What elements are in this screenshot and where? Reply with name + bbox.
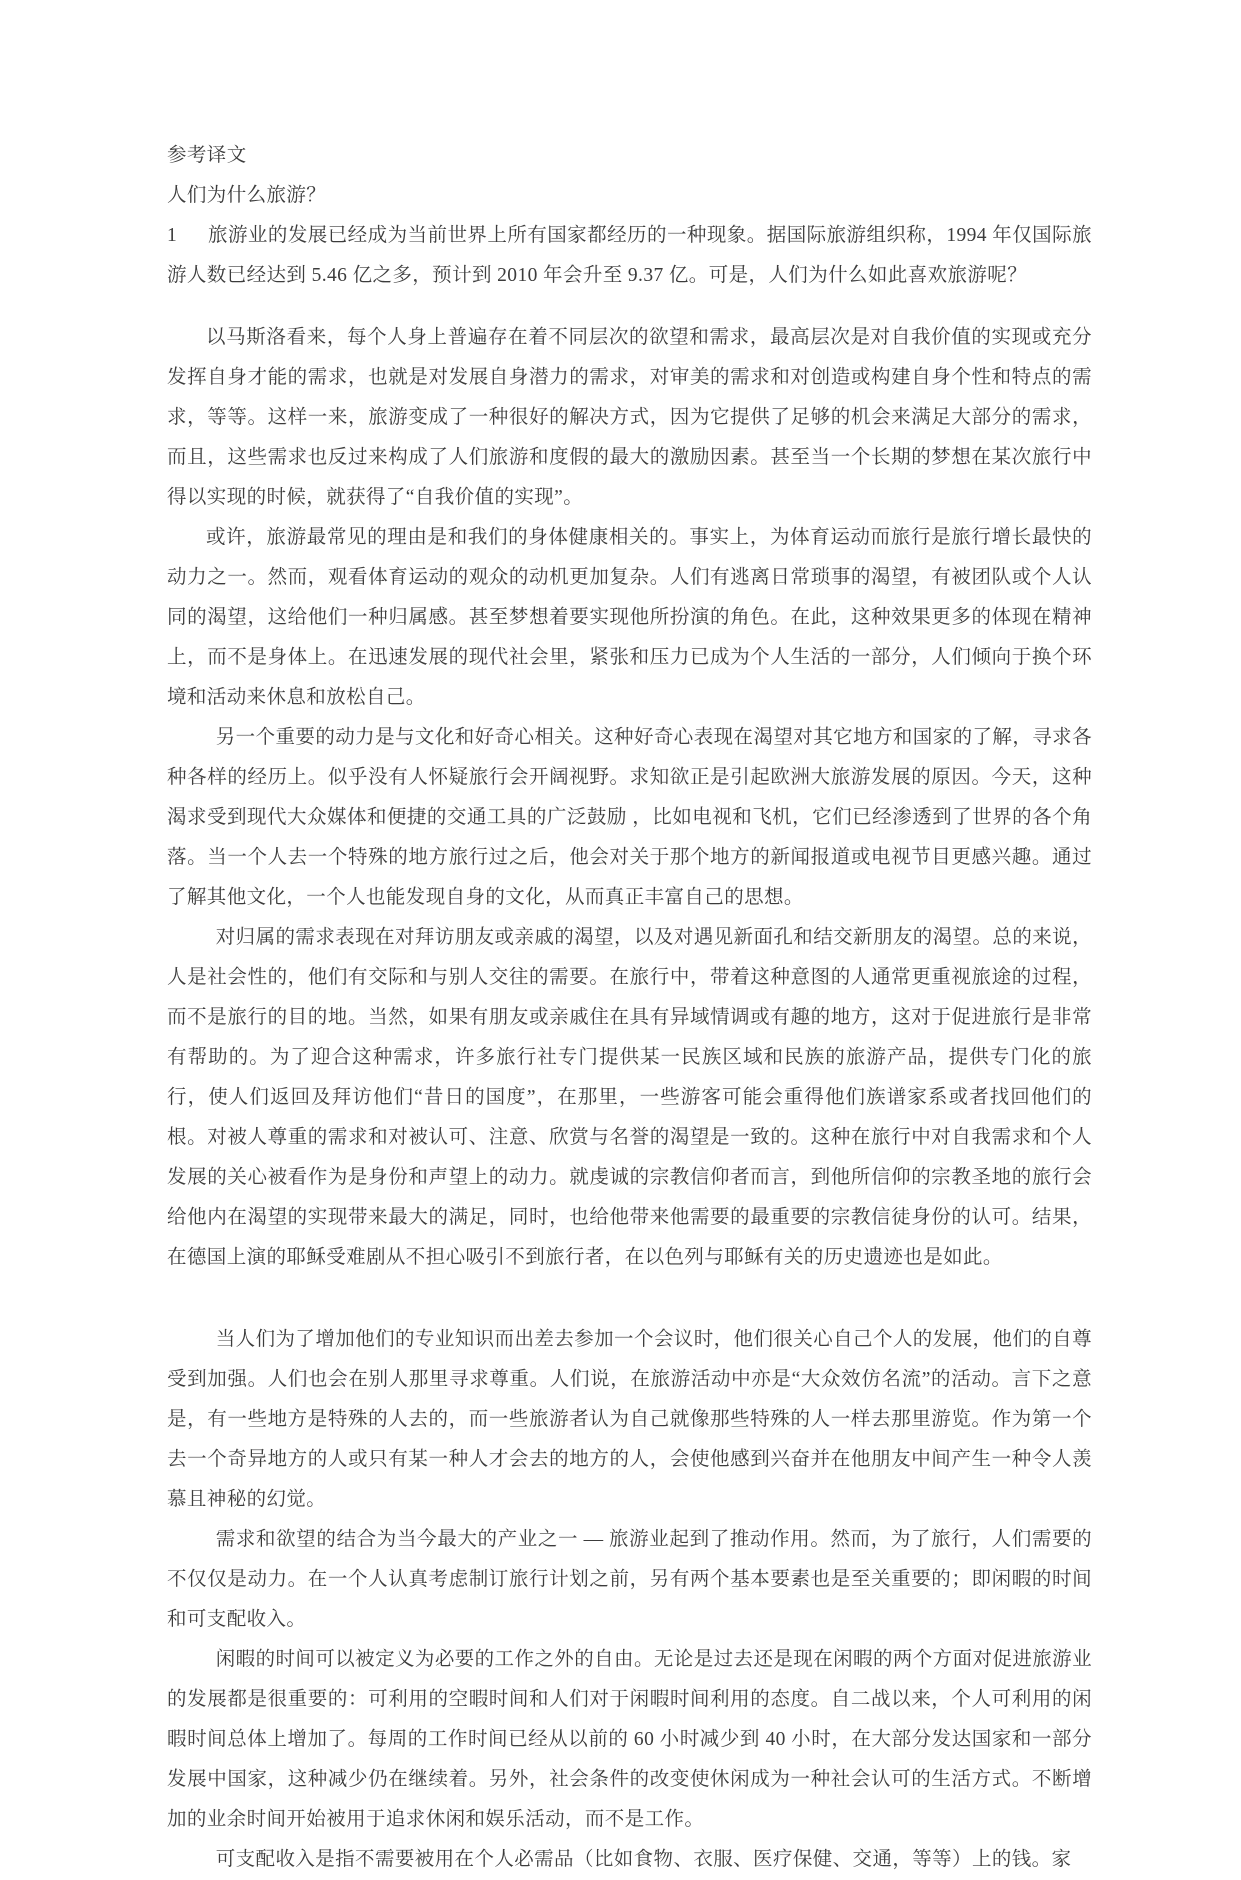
paragraph: 闲暇的时间可以被定义为必要的工作之外的自由。无论是过去还是现在闲暇的两个方面对促…	[167, 1640, 1092, 1840]
paragraph: 需求和欲望的结合为当今最大的产业之一 — 旅游业起到了推动作用。然而，为了旅行，…	[167, 1520, 1092, 1640]
paragraph: 当人们为了增加他们的专业知识而出差去参加一个会议时，他们很关心自己个人的发展，他…	[167, 1320, 1092, 1520]
document-content: 参考译文 人们为什么旅游？ 1旅游业的发展已经成为当前世界上所有国家都经历的一种…	[167, 136, 1092, 1880]
doc-title: 人们为什么旅游？	[167, 176, 1092, 216]
paragraph-text: 旅游业的发展已经成为当前世界上所有国家都经历的一种现象。据国际旅游组织称，199…	[167, 225, 1092, 286]
paragraph: 或许，旅游最常见的理由是和我们的身体健康相关的。事实上，为体育运动而旅行是旅行增…	[167, 518, 1092, 718]
paragraph: 对归属的需求表现在对拜访朋友或亲戚的渴望，以及对遇见新面孔和结交新朋友的渴望。总…	[167, 918, 1092, 1278]
paragraph: 以马斯洛看来，每个人身上普遍存在着不同层次的欲望和需求，最高层次是对自我价值的实…	[167, 318, 1092, 518]
paragraph: 可支配收入是指不需要被用在个人必需品（比如食物、衣服、医疗保健、交通，等等）上的…	[167, 1840, 1092, 1880]
paragraph-intro: 1旅游业的发展已经成为当前世界上所有国家都经历的一种现象。据国际旅游组织称，19…	[167, 216, 1092, 296]
document-page: 参考译文 人们为什么旅游？ 1旅游业的发展已经成为当前世界上所有国家都经历的一种…	[0, 0, 1241, 1754]
doc-label: 参考译文	[167, 136, 1092, 176]
paragraph: 另一个重要的动力是与文化和好奇心相关。这种好奇心表现在渴望对其它地方和国家的了解…	[167, 718, 1092, 918]
paragraph-number: 1	[167, 216, 208, 256]
